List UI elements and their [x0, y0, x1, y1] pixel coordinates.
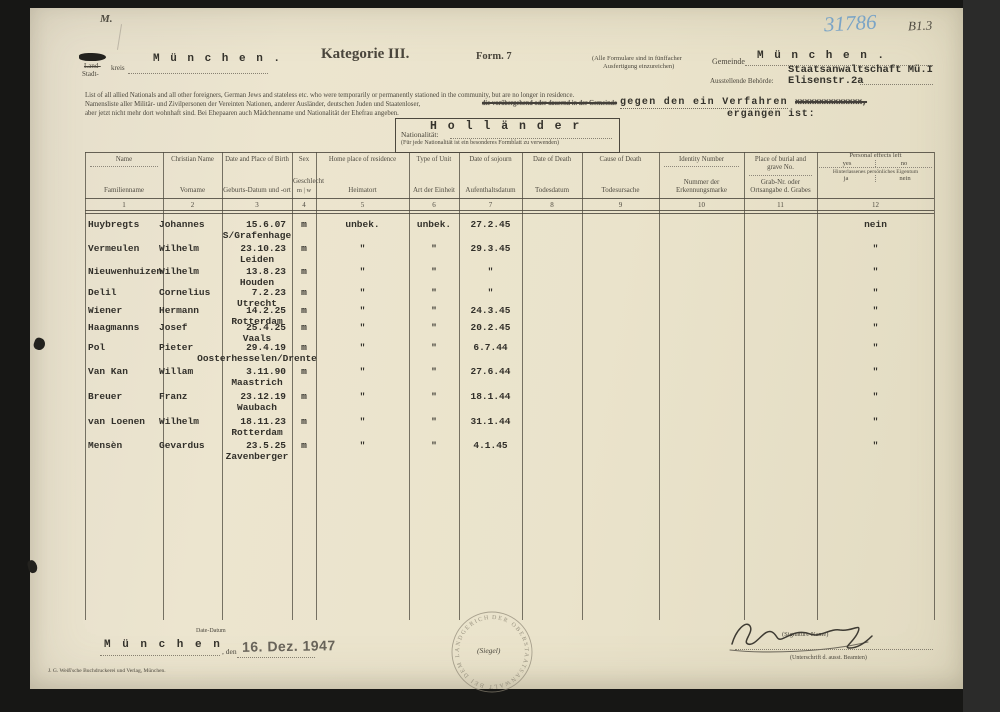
column-label-de: Vorname	[164, 186, 221, 195]
effects-cell: "	[817, 440, 934, 451]
surname-cell: Haagmanns	[88, 322, 164, 333]
given-name-cell: Hermann	[159, 305, 221, 316]
home-place-cell: "	[316, 305, 409, 316]
district-label-land: Land-	[84, 62, 101, 70]
column-label-de: Nummer der Erkennungsmarke	[660, 178, 743, 196]
nationality-fill-line	[450, 137, 612, 139]
birth-date-cell: 29.4.19	[222, 342, 289, 353]
surname-cell: Wiener	[88, 305, 164, 316]
unit-cell: "	[409, 416, 459, 427]
district-label-kreis: kreis	[111, 64, 125, 72]
effects-cell: "	[817, 416, 934, 427]
sojourn-date-cell: 6.7.44	[459, 342, 522, 353]
birth-date-cell: 13.8.23	[222, 266, 289, 277]
surname-cell: Breuer	[88, 391, 164, 402]
home-place-cell: "	[316, 342, 409, 353]
unit-cell: "	[409, 287, 459, 298]
given-name-cell: Gevardus	[159, 440, 221, 451]
column-label-de: Grab-Nr. oder Ortsangabe d. Grabes	[745, 178, 816, 196]
home-place-cell: "	[316, 322, 409, 333]
nationality-label: Nationalität:	[401, 130, 439, 139]
sex-cell: m	[292, 440, 316, 451]
date-label: Date-Datum	[196, 628, 226, 634]
roster-table: Personal effects left yes no Hinterlasse…	[85, 152, 934, 622]
sex-cell: m	[292, 322, 316, 333]
column-label-en: Home place of residence	[316, 152, 409, 164]
home-place-cell: unbek.	[316, 219, 409, 230]
sex-cell: m	[292, 243, 316, 254]
effects-ja: ja	[817, 175, 875, 182]
effects-cell: "	[817, 305, 934, 316]
sex-cell: m	[292, 287, 316, 298]
unit-cell: "	[409, 305, 459, 316]
sojourn-date-cell: 20.2.45	[459, 322, 522, 333]
given-name-cell: Johannes	[159, 219, 221, 230]
sojourn-date-cell: "	[459, 266, 522, 277]
unit-cell: "	[409, 366, 459, 377]
date-fill-line	[237, 656, 315, 658]
sex-cell: m	[292, 305, 316, 316]
redaction-mark	[79, 53, 106, 61]
home-place-cell: "	[316, 416, 409, 427]
column-label-de: Art der Einheit	[410, 186, 458, 195]
table-row: Van Kan Willam 3.11.90 Maastrich m " " 2…	[85, 366, 934, 388]
file-number-blue: 31786	[823, 10, 877, 38]
column-number: 8	[522, 199, 582, 211]
column-label-de: Todesursache	[583, 186, 658, 195]
birth-date-cell: 3.11.90	[222, 366, 289, 377]
column-number: 10	[659, 199, 744, 211]
column-label-en: Sex	[292, 152, 316, 164]
column-label-en: Type of Unit	[409, 152, 459, 164]
home-place-cell: "	[316, 440, 409, 451]
home-place-cell: "	[316, 266, 409, 277]
column-number: 7	[459, 199, 522, 211]
copies-note-line2: Ausfertigung einzureichen)	[603, 63, 674, 70]
sex-cell: m	[292, 266, 316, 277]
table-row: van Loenen Wilhelm 18.11.23 Rotterdam m …	[85, 416, 934, 438]
column-number: 2	[163, 199, 222, 211]
unit-cell: "	[409, 440, 459, 451]
birth-date-cell: 18.11.23	[222, 416, 289, 427]
effects-cell: "	[817, 287, 934, 298]
intro-typed-insert2: ergangen ist:	[727, 109, 815, 120]
sojourn-date-cell: 24.3.45	[459, 305, 522, 316]
column-number: 4	[292, 199, 316, 211]
effects-cell: nein	[817, 219, 934, 230]
date-stamp: 16. Dez. 1947	[242, 637, 336, 655]
intro-line3-de: aber jetzt nicht mehr dort wohnhaft sind…	[85, 110, 399, 117]
column-header-3: Date and Place of BirthGeburts-Datum und…	[222, 152, 292, 198]
unit-cell: "	[409, 391, 459, 402]
body-separator-line2	[85, 213, 934, 214]
printer-imprint: J. G. Weiß'sche Buchdruckerei und Verlag…	[48, 668, 166, 674]
given-name-cell: Wilhelm	[159, 266, 221, 277]
birth-date-cell: 15.6.07	[222, 219, 289, 230]
footer-place-line	[100, 654, 220, 656]
effects-yes-no: yes no	[819, 160, 932, 168]
sex-cell: m	[292, 416, 316, 427]
table-row: Mensèn Gevardus 23.5.25 Zavenberger m " …	[85, 440, 934, 462]
column-label-en: Date and Place of Birth	[222, 152, 292, 164]
unit-cell: "	[409, 342, 459, 353]
table-row: Pol Pieter 29.4.19 Oosterhesselen/Drente…	[85, 342, 934, 364]
given-name-cell: Cornelius	[159, 287, 221, 298]
intro-line2-struck1: die vorübergehend oder dauernd in der Ge…	[482, 100, 617, 107]
den-label: , den	[222, 647, 237, 656]
gemeinde-label: Gemeinde	[712, 57, 745, 66]
column-label-en: Cause of Death	[582, 152, 659, 164]
column-sublabel: m | w	[293, 187, 315, 195]
column-header-5: Home place of residenceHeimatort	[316, 152, 409, 198]
column-number: 6	[409, 199, 459, 211]
sojourn-date-cell: 29.3.45	[459, 243, 522, 254]
birth-place-cell: Zavenberger	[226, 451, 289, 462]
column-header-10: Identity NumberNummer der Erkennungsmark…	[659, 152, 744, 198]
sojourn-date-cell: 27.6.44	[459, 366, 522, 377]
birth-date-cell: 23.10.23	[222, 243, 289, 254]
scanner-background	[963, 0, 1000, 712]
district-label-stadt: Stadt-	[82, 70, 99, 78]
ref-mark: M.	[100, 13, 113, 25]
column-header-12: Personal effects left yes no Hinterlasse…	[817, 152, 934, 198]
column-number: 9	[582, 199, 659, 211]
column-number: 5	[316, 199, 409, 211]
column-header-8: Date of DeathTodesdatum	[522, 152, 582, 198]
intro-line1-en: List of all allied Nationals and all oth…	[85, 92, 574, 99]
effects-cell: "	[817, 266, 934, 277]
birth-date-cell: 7.2.23	[222, 287, 289, 298]
intro-line2-de: Namensliste aller Militär- und Zivilpers…	[85, 101, 420, 108]
column-header-4: SexGeschlechtm | w	[292, 152, 316, 198]
column-label-en: Date of sojourn	[459, 152, 522, 164]
sojourn-date-cell: "	[459, 287, 522, 298]
birth-place-cell: Rotterdam	[231, 427, 282, 438]
table-column-line	[934, 152, 935, 620]
column-label-de: Geschlecht	[293, 177, 315, 186]
given-name-cell: Pieter	[159, 342, 221, 353]
nationality-note: (Für jede Nationalität ist ein besondere…	[401, 140, 559, 146]
given-name-cell: Franz	[159, 391, 221, 402]
table-row: Breuer Franz 23.12.19 Waubach m " " 18.1…	[85, 391, 934, 413]
surname-cell: Mensèn	[88, 440, 164, 451]
sex-cell: m	[292, 391, 316, 402]
signature-line	[735, 648, 933, 650]
surname-cell: Huybregts	[88, 219, 164, 230]
column-label-en: Christian Name	[163, 152, 222, 164]
sojourn-date-cell: 18.1.44	[459, 391, 522, 402]
column-header-2: Christian NameVorname	[163, 152, 222, 198]
sojourn-date-cell: 4.1.45	[459, 440, 522, 451]
form-number: Form. 7	[476, 51, 512, 62]
column-label-en: Date of Death	[522, 152, 582, 164]
effects-cell: "	[817, 342, 934, 353]
column-header-9: Cause of DeathTodesursache	[582, 152, 659, 198]
scanned-document-page: M. 31786 B1.3 Land- kreis Stadt- M ü n c…	[0, 0, 1000, 712]
sex-cell: m	[292, 366, 316, 377]
gemeinde-value: M ü n c h e n .	[757, 50, 886, 62]
svg-text:DER OBERSTAATSANWALT BEI DEM L: DER OBERSTAATSANWALT BEI DEM LANDGERICHT…	[440, 600, 529, 689]
table-row: Vermeulen Wilhelm 23.10.23 Leiden m " " …	[85, 243, 934, 265]
column-header-1: NameFamilienname	[85, 152, 163, 198]
intro-typed-insert: gegen den ein Verfahren	[620, 97, 788, 109]
effects-ja-nein: ja nein	[817, 175, 934, 182]
seal-ring-text: DER OBERSTAATSANWALT BEI DEM LANDGERICHT…	[440, 600, 529, 689]
district-fill-line	[128, 72, 268, 74]
column-number: 12	[817, 199, 934, 211]
intro-line2-struck2: xxxxxxxxxxxxxx,	[795, 98, 867, 107]
footer-place-typed: M ü n c h e n	[104, 639, 222, 651]
sex-cell: m	[292, 342, 316, 353]
given-name-cell: Willam	[159, 366, 221, 377]
authority-value-line2: Elisenstr.2a	[788, 75, 864, 87]
surname-cell: van Loenen	[88, 416, 164, 427]
surname-cell: Nieuwenhuizen	[88, 266, 164, 277]
authority-label: Ausstellende Behörde:	[710, 77, 774, 85]
surname-cell: Van Kan	[88, 366, 164, 377]
effects-cell: "	[817, 391, 934, 402]
effects-cell: "	[817, 322, 934, 333]
column-header-11: Place of burial and grave No.Grab-Nr. od…	[744, 152, 817, 198]
table-row: Huybregts Johannes 15.6.07 S/Grafenhage …	[85, 219, 934, 241]
unit-cell: "	[409, 266, 459, 277]
sojourn-date-cell: 31.1.44	[459, 416, 522, 427]
birth-place-cell: Maastrich	[231, 377, 282, 388]
nationality-value: H o l l ä n d e r	[430, 120, 581, 133]
birth-date-cell: 14.2.25	[222, 305, 289, 316]
sojourn-date-cell: 27.2.45	[459, 219, 522, 230]
signature-sublabel: (Unterschrift d. ausst. Beamten)	[790, 655, 867, 661]
given-name-cell: Wilhelm	[159, 243, 221, 254]
category-title: Kategorie III.	[321, 46, 409, 63]
column-number: 3	[222, 199, 292, 211]
given-name-cell: Wilhelm	[159, 416, 221, 427]
birth-place-cell: Oosterhesselen/Drente	[197, 353, 317, 364]
effects-nein: nein	[875, 175, 934, 182]
unit-cell: "	[409, 322, 459, 333]
surname-cell: Delil	[88, 287, 164, 298]
copies-note-line1: (Alle Formulare sind in fünffacher	[592, 55, 682, 62]
column-label-de: Todesdatum	[523, 186, 581, 195]
column-label-de: Familienname	[86, 186, 162, 195]
file-number-pen: B1.3	[908, 18, 933, 35]
table-row: Haagmanns Josef 25.4.25 Vaals m " " 20.2…	[85, 322, 934, 344]
column-label-en: Identity Number	[664, 152, 739, 167]
sex-cell: m	[292, 219, 316, 230]
home-place-cell: "	[316, 287, 409, 298]
home-place-cell: "	[316, 243, 409, 254]
unit-cell: "	[409, 243, 459, 254]
column-label-de: Aufenthaltsdatum	[460, 186, 521, 195]
column-label-en: Name	[90, 152, 158, 167]
effects-yes: yes	[819, 160, 875, 167]
birth-date-cell: 23.12.19	[222, 391, 289, 402]
city-name-typed: M ü n c h e n .	[153, 53, 282, 65]
home-place-cell: "	[316, 391, 409, 402]
column-number: 11	[744, 199, 817, 211]
seal-caption: (Siegel)	[477, 646, 500, 655]
surname-cell: Vermeulen	[88, 243, 164, 254]
table-row: Nieuwenhuizen Wilhelm 13.8.23 Houden m "…	[85, 266, 934, 288]
column-header-6: Type of UnitArt der Einheit	[409, 152, 459, 198]
home-place-cell: "	[316, 366, 409, 377]
birth-date-cell: 23.5.25	[222, 440, 289, 451]
given-name-cell: Josef	[159, 322, 221, 333]
effects-no: no	[875, 160, 932, 167]
birth-place-cell: Leiden	[240, 254, 274, 265]
effects-header-en: Personal effects left	[817, 152, 934, 159]
column-label-en: Place of burial and grave No.	[749, 152, 812, 176]
birth-date-cell: 25.4.25	[222, 322, 289, 333]
effects-cell: "	[817, 366, 934, 377]
effects-cell: "	[817, 243, 934, 254]
birth-place-cell: S/Grafenhage	[223, 230, 291, 241]
birth-place-cell: Waubach	[237, 402, 277, 413]
column-label-de: Heimatort	[317, 186, 408, 195]
column-header-7: Date of sojournAufenthaltsdatum	[459, 152, 522, 198]
authority-fill-line	[860, 83, 933, 85]
surname-cell: Pol	[88, 342, 164, 353]
unit-cell: unbek.	[409, 219, 459, 230]
column-label-de: Geburts-Datum und -ort	[223, 186, 291, 195]
column-number: 1	[85, 199, 163, 211]
